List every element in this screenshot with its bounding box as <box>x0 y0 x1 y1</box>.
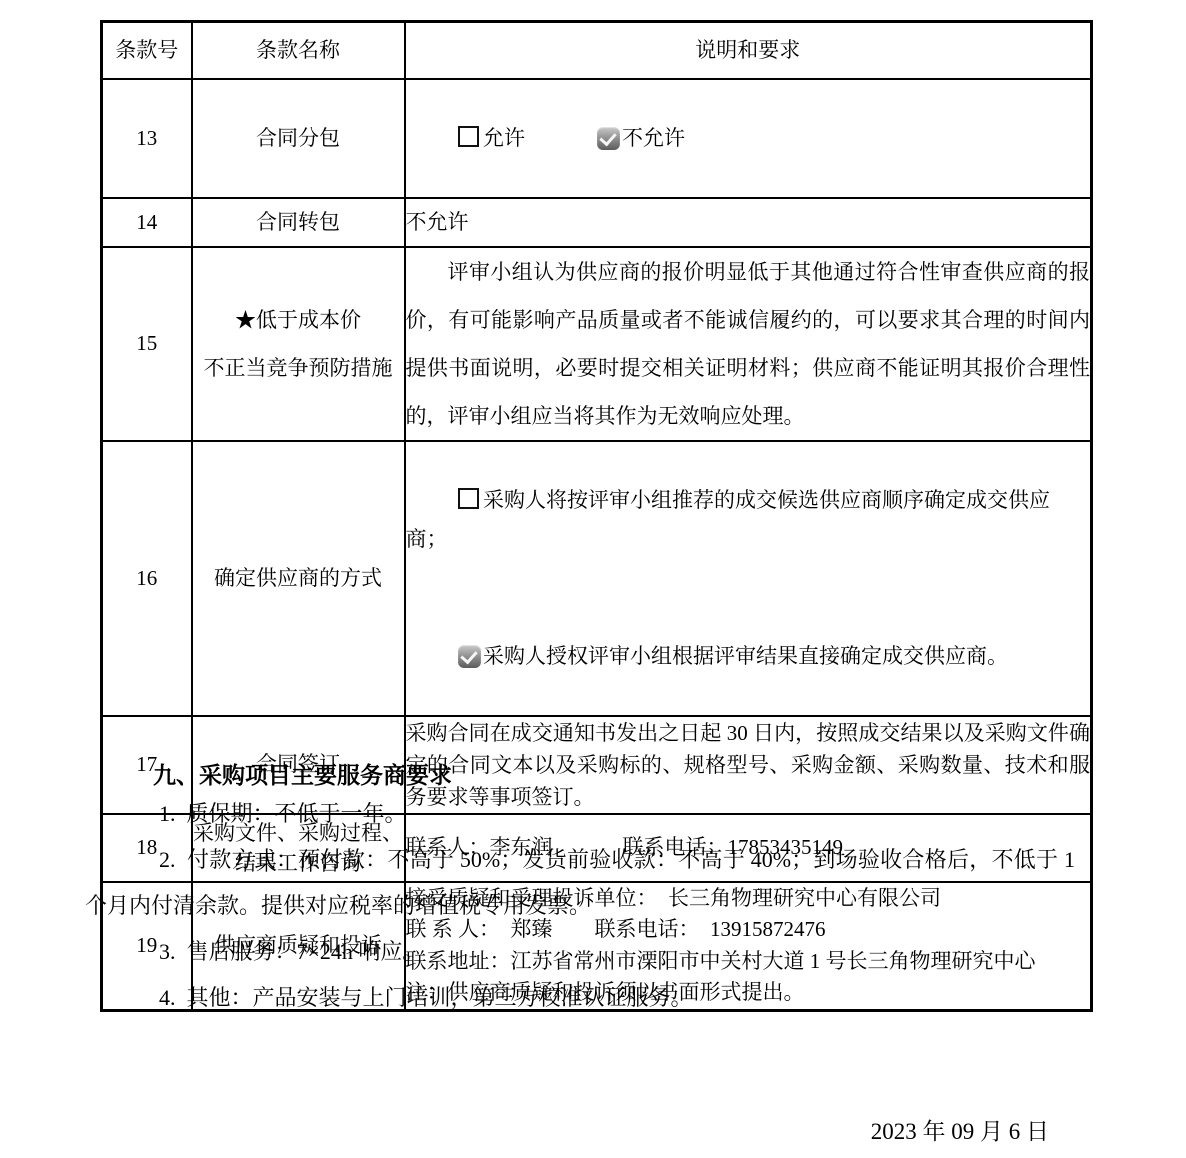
document-date: 2023 年 09 月 6 日 <box>85 1116 1075 1148</box>
option2-label: 采购人授权评审小组根据评审结果直接确定成交供应商。 <box>483 644 1008 668</box>
checkbox-checked-icon[interactable] <box>458 645 481 668</box>
requirement-item-2: 2. 付款方式：预付款：不高于 50%；发货前验收款：不高于 40%；到场验收合… <box>85 837 1075 929</box>
clause-no: 16 <box>102 441 192 716</box>
clause-description: 不允许 <box>405 198 1092 247</box>
supplier-option-1: 采购人将按评审小组推荐的成交候选供应商顺序确定成交供应商； <box>406 442 1091 598</box>
clause-no: 14 <box>102 198 192 247</box>
table-header-row: 条款号 条款名称 说明和要求 <box>102 22 1092 79</box>
section-heading: 九、采购项目主要服务商要求 <box>85 759 1075 791</box>
clause-no: 13 <box>102 79 192 198</box>
table-row-15: 15 ★低于成本价 不正当竞争预防措施 评审小组认为供应商的报价明显低于其他通过… <box>102 247 1092 441</box>
header-clause-name: 条款名称 <box>192 22 405 79</box>
checkbox-checked-icon[interactable] <box>597 127 620 150</box>
service-requirements-section: 九、采购项目主要服务商要求 1. 质保期：不低于一年。 2. 付款方式：预付款：… <box>85 759 1075 1148</box>
clause-name: ★低于成本价 不正当竞争预防措施 <box>192 247 405 441</box>
requirement-item-3: 3. 售后服务：7×24h 响应。 <box>85 929 1075 975</box>
table-row-13: 13 合同分包 允许不允许 <box>102 79 1092 198</box>
requirement-item-1: 1. 质保期：不低于一年。 <box>85 791 1075 837</box>
clause-name: 合同转包 <box>192 198 405 247</box>
allow-option-label: 允许 <box>483 126 525 150</box>
table-row-16: 16 确定供应商的方式 采购人将按评审小组推荐的成交候选供应商顺序确定成交供应商… <box>102 441 1092 716</box>
clause-description: 评审小组认为供应商的报价明显低于其他通过符合性审查供应商的报价，有可能影响产品质… <box>406 248 1091 440</box>
header-clause-no: 条款号 <box>102 22 192 79</box>
clause-name: 确定供应商的方式 <box>192 441 405 716</box>
disallow-option-label: 不允许 <box>622 126 685 150</box>
clause-name-line1: ★低于成本价 <box>193 296 404 344</box>
requirement-item-4: 4. 其他：产品安装与上门培训，第三方校准认证服务。 <box>85 975 1075 1021</box>
table-row-14: 14 合同转包 不允许 <box>102 198 1092 247</box>
subcontract-options: 允许不允许 <box>406 80 1091 197</box>
clause-no: 15 <box>102 247 192 441</box>
supplier-option-2: 采购人授权评审小组根据评审结果直接确定成交供应商。 <box>406 598 1091 715</box>
checkbox-unchecked-icon[interactable] <box>458 488 479 509</box>
header-clause-desc: 说明和要求 <box>405 22 1092 79</box>
clause-name-line2: 不正当竞争预防措施 <box>193 344 404 392</box>
checkbox-unchecked-icon[interactable] <box>458 126 479 147</box>
clause-name: 合同分包 <box>192 79 405 198</box>
document-page: 条款号 条款名称 说明和要求 13 合同分包 允许不允许 14 合同转包 不允许… <box>0 0 1186 1158</box>
option1-label: 采购人将按评审小组推荐的成交候选供应商顺序确定成交供应商； <box>406 488 1051 551</box>
